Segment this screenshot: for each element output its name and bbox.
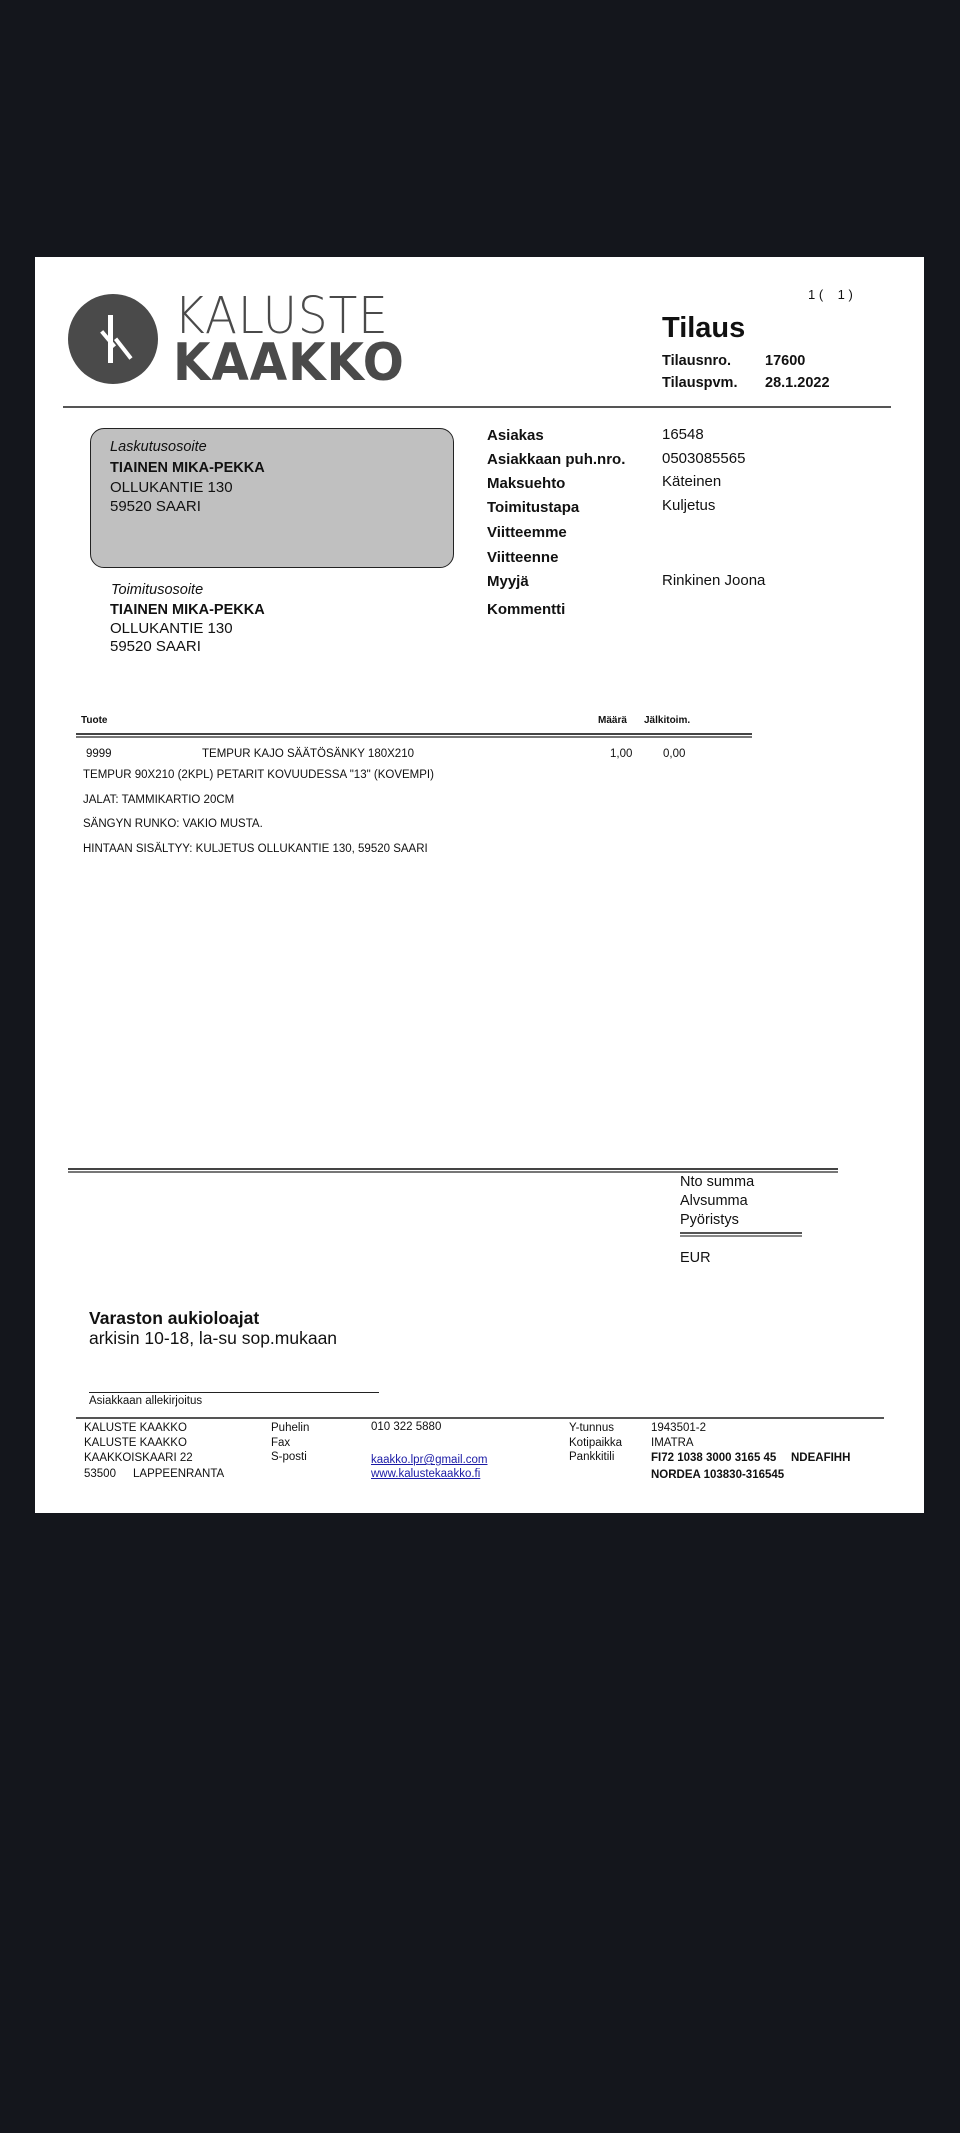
footer-business-id: 1943501-2 bbox=[651, 1422, 706, 1434]
item-name: TEMPUR KAJO SÄÄTÖSÄNKY 180X210 bbox=[202, 748, 414, 760]
billing-address-street: OLLUKANTIE 130 bbox=[110, 479, 233, 496]
logo-k-arm-lower bbox=[114, 338, 133, 360]
delivery-address-name: TIAINEN MIKA-PEKKA bbox=[110, 602, 265, 618]
footer-company-name: KALUSTE KAAKKO bbox=[84, 1422, 187, 1434]
item-code: 9999 bbox=[86, 748, 112, 760]
document-title: Tilaus bbox=[662, 312, 745, 345]
your-reference-label: Viitteenne bbox=[487, 549, 558, 566]
customer-value: 16548 bbox=[662, 426, 704, 443]
footer-email-label: S-posti bbox=[271, 1451, 307, 1463]
table-bottom-divider bbox=[68, 1168, 838, 1173]
billing-address-caption: Laskutusosoite bbox=[110, 439, 207, 455]
company-logo-icon bbox=[68, 294, 158, 384]
footer-business-id-label: Y-tunnus bbox=[569, 1422, 614, 1434]
footer-fax-label: Fax bbox=[271, 1437, 290, 1449]
footer-iban: FI72 1038 3000 3165 45 bbox=[651, 1452, 776, 1464]
customer-phone-value: 0503085565 bbox=[662, 450, 745, 467]
delivery-address-street: OLLUKANTIE 130 bbox=[110, 620, 233, 637]
footer-domicile: IMATRA bbox=[651, 1437, 694, 1449]
order-number-value: 17600 bbox=[765, 353, 805, 369]
item-quantity: 1,00 bbox=[610, 748, 632, 760]
item-description-line: SÄNGYN RUNKO: VAKIO MUSTA. bbox=[83, 818, 263, 830]
column-header-quantity: Määrä bbox=[598, 715, 627, 726]
rounding-label: Pyöristys bbox=[680, 1212, 739, 1228]
footer-phone: 010 322 5880 bbox=[371, 1421, 441, 1433]
page-number: 1 ( 1 ) bbox=[808, 287, 853, 302]
header-divider bbox=[63, 406, 891, 408]
footer-bank-label: Pankkitili bbox=[569, 1451, 614, 1463]
column-header-backorder: Jälkitoim. bbox=[644, 715, 690, 726]
payment-terms-label: Maksuehto bbox=[487, 475, 565, 492]
footer-website-link[interactable]: www.kalustekaakko.fi bbox=[371, 1468, 480, 1480]
footer-postal-code: 53500 bbox=[84, 1468, 116, 1480]
order-date-value: 28.1.2022 bbox=[765, 375, 830, 391]
footer-street: KAAKKOISKAARI 22 bbox=[84, 1452, 193, 1464]
delivery-method-value: Kuljetus bbox=[662, 497, 715, 514]
delivery-address-caption: Toimitusosoite bbox=[111, 582, 203, 598]
customer-phone-label: Asiakkaan puh.nro. bbox=[487, 451, 625, 468]
footer-company-name-2: KALUSTE KAAKKO bbox=[84, 1437, 187, 1449]
footer-bic: NDEAFIHH bbox=[791, 1452, 850, 1464]
item-backorder: 0,00 bbox=[663, 748, 685, 760]
footer-city: LAPPEENRANTA bbox=[133, 1468, 224, 1480]
column-header-product: Tuote bbox=[81, 715, 107, 726]
comment-label: Kommentti bbox=[487, 601, 565, 618]
footer-email-link[interactable]: kaakko.lpr@gmail.com bbox=[371, 1454, 488, 1466]
logo-wordmark-bottom: KAAKKO bbox=[173, 333, 405, 393]
billing-address-city: 59520 SAARI bbox=[110, 498, 201, 515]
delivery-address-city: 59520 SAARI bbox=[110, 638, 201, 655]
signature-label: Asiakkaan allekirjoitus bbox=[89, 1395, 202, 1407]
customer-label: Asiakas bbox=[487, 427, 544, 444]
item-description-line: JALAT: TAMMIKARTIO 20CM bbox=[83, 794, 234, 806]
delivery-method-label: Toimitustapa bbox=[487, 499, 579, 516]
order-document-page: KALUSTE KAAKKO 1 ( 1 ) Tilaus Tilausnro.… bbox=[35, 257, 924, 1513]
seller-label: Myyjä bbox=[487, 573, 529, 590]
vat-sum-label: Alvsumma bbox=[680, 1193, 748, 1209]
currency-label: EUR bbox=[680, 1250, 711, 1266]
seller-value: Rinkinen Joona bbox=[662, 572, 765, 589]
footer-phone-label: Puhelin bbox=[271, 1422, 309, 1434]
footer-divider bbox=[76, 1417, 884, 1419]
warehouse-hours-title: Varaston aukioloajat bbox=[89, 1308, 259, 1329]
item-description-line: TEMPUR 90X210 (2KPL) PETARIT KOVUUDESSA … bbox=[83, 769, 434, 781]
warehouse-hours-text: arkisin 10-18, la-su sop.mukaan bbox=[89, 1328, 337, 1349]
our-reference-label: Viitteemme bbox=[487, 524, 567, 541]
order-number-label: Tilausnro. bbox=[662, 353, 731, 369]
footer-domicile-label: Kotipaikka bbox=[569, 1437, 622, 1449]
billing-address-name: TIAINEN MIKA-PEKKA bbox=[110, 460, 265, 476]
order-date-label: Tilauspvm. bbox=[662, 375, 737, 391]
signature-line bbox=[89, 1392, 379, 1393]
table-header-divider bbox=[76, 733, 752, 738]
payment-terms-value: Käteinen bbox=[662, 473, 721, 490]
totals-divider bbox=[680, 1232, 802, 1237]
footer-bank-account: NORDEA 103830-316545 bbox=[651, 1469, 784, 1481]
item-description-line: HINTAAN SISÄLTYY: KULJETUS OLLUKANTIE 13… bbox=[83, 843, 428, 855]
net-sum-label: Nto summa bbox=[680, 1174, 754, 1190]
